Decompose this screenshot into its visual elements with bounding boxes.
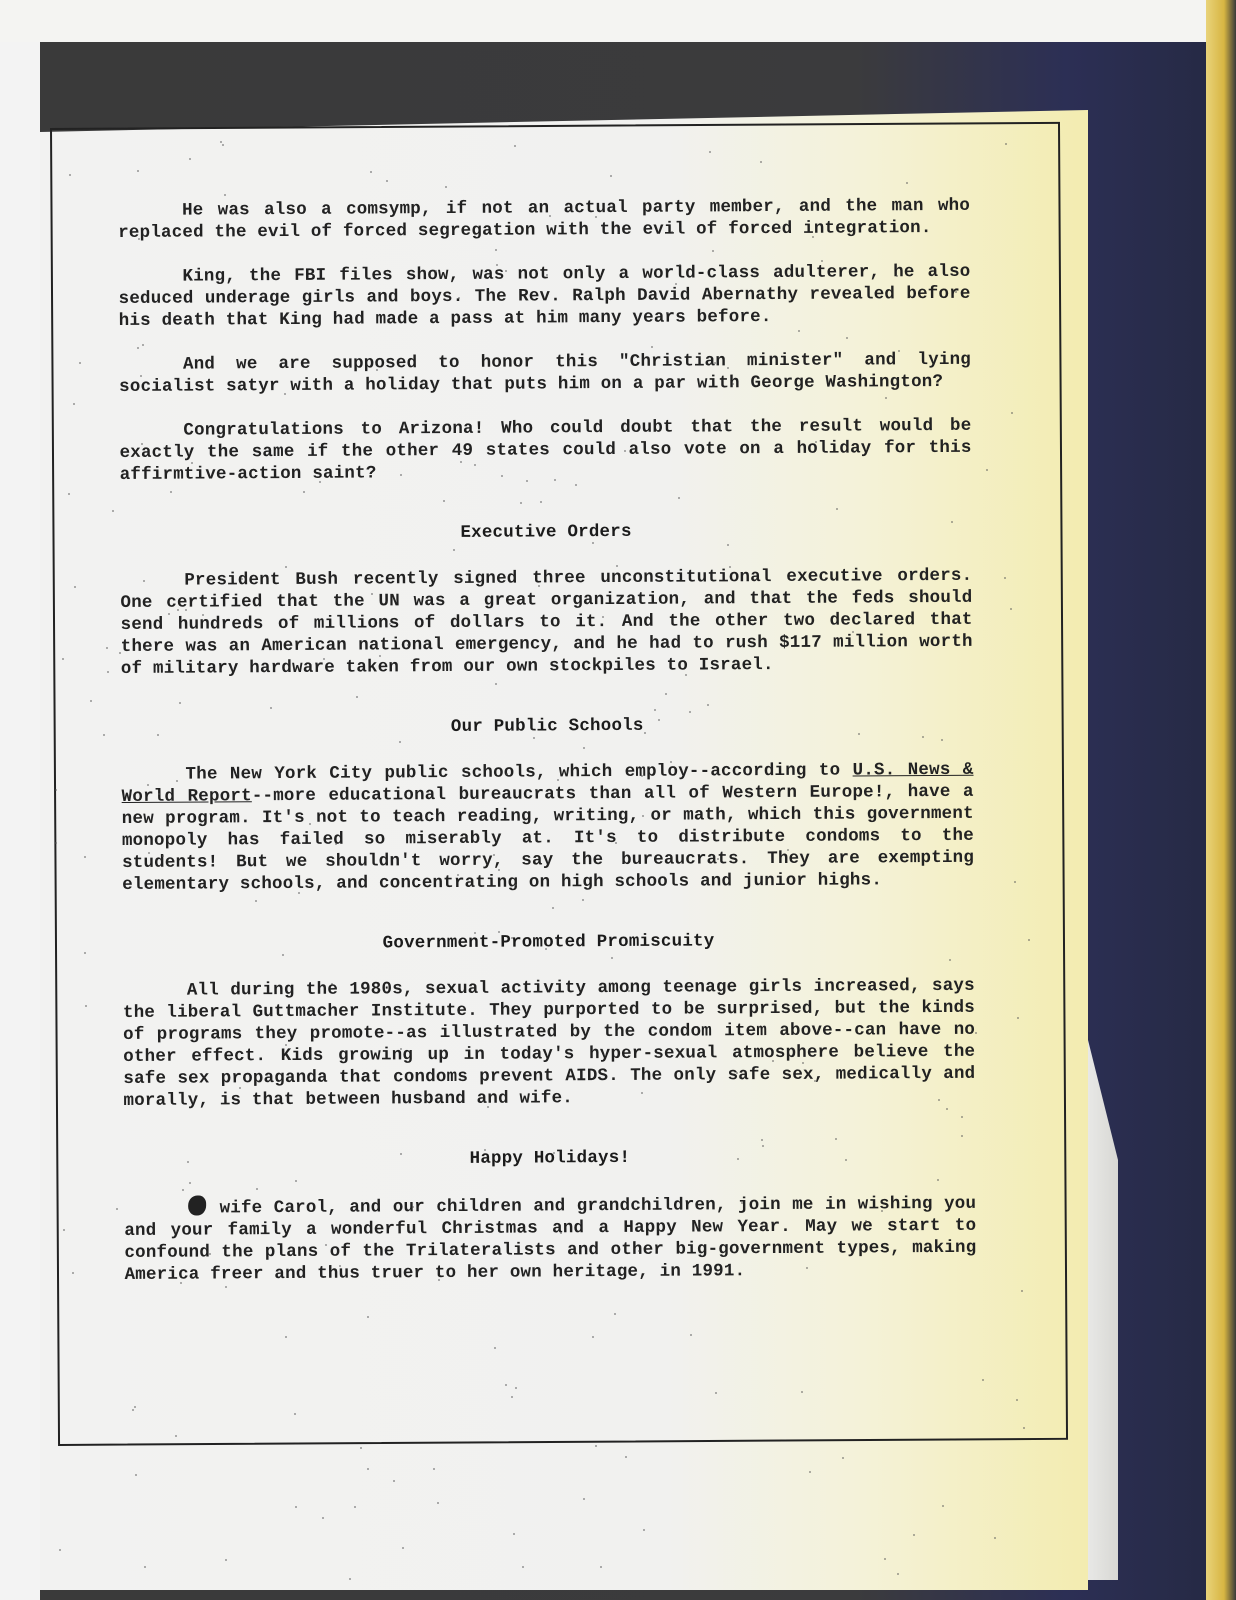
heading-happy-holidays: Happy Holidays! — [124, 1145, 976, 1172]
speckle — [671, 231, 673, 233]
speckle — [961, 1135, 963, 1137]
heading-executive-orders: Executive Orders — [120, 519, 972, 546]
speckle — [106, 647, 108, 649]
speckle — [294, 1413, 296, 1415]
speckle — [666, 312, 668, 314]
speckle — [255, 900, 257, 902]
speckle — [505, 1384, 507, 1386]
speckle — [453, 549, 455, 551]
speckle — [898, 350, 900, 352]
speckle — [942, 1505, 944, 1507]
speckle — [137, 347, 139, 349]
scanner-edge-strip — [1206, 0, 1236, 1600]
speckle — [595, 1445, 597, 1447]
speckle — [323, 658, 325, 660]
speckle — [69, 174, 71, 176]
speckle — [175, 1435, 177, 1437]
speckle — [602, 616, 604, 618]
paragraph-holidays: wife Carol, and our children and grandch… — [124, 1191, 977, 1286]
speckle — [689, 711, 691, 713]
speckle — [239, 1087, 241, 1089]
speckle — [520, 502, 522, 504]
speckle — [949, 959, 951, 961]
speckle — [762, 1145, 764, 1147]
speckle — [303, 491, 305, 493]
speckle — [946, 1108, 948, 1110]
speckle — [495, 249, 497, 251]
speckle — [140, 375, 142, 377]
speckle — [85, 1005, 87, 1007]
speckle — [319, 481, 321, 483]
ink-blot-icon — [188, 1195, 206, 1215]
speckle — [515, 884, 517, 886]
speckle — [177, 609, 179, 611]
speckle — [270, 707, 272, 709]
speckle — [202, 614, 204, 616]
speckle — [331, 648, 333, 650]
speckle — [501, 475, 503, 477]
paragraph-comsymp: He was also a comsymp, if not an actual … — [118, 195, 970, 244]
speckle — [835, 1138, 837, 1140]
speckle — [143, 580, 145, 582]
schools-text-start: The New York City public schools, which … — [185, 761, 852, 785]
speckle — [575, 484, 577, 486]
speckle — [1017, 1017, 1019, 1019]
speckle — [309, 823, 311, 825]
speckle — [84, 856, 86, 858]
speckle — [549, 215, 551, 217]
heading-public-schools: Our Public Schools — [121, 713, 973, 740]
speckle — [386, 180, 388, 182]
speckle — [736, 1072, 738, 1074]
speckle — [658, 719, 660, 721]
speckle — [298, 892, 300, 894]
speckle — [288, 1206, 290, 1208]
speckle — [335, 843, 337, 845]
paragraph-fbi-files: King, the FBI files show, was not only a… — [118, 261, 970, 332]
speckle — [142, 344, 144, 346]
paragraph-arizona: Congratulations to Arizona! Who could do… — [119, 415, 971, 486]
speckle — [760, 161, 762, 163]
speckle — [371, 593, 373, 595]
speckle — [814, 1080, 816, 1082]
speckle — [552, 907, 554, 909]
speckle — [168, 613, 170, 615]
holidays-text: wife Carol, and our children and grandch… — [124, 1194, 976, 1285]
speckle — [176, 780, 178, 782]
speckle — [600, 1566, 602, 1568]
speckle — [506, 773, 508, 775]
speckle — [116, 1208, 118, 1210]
speckle — [1023, 1427, 1025, 1429]
speckle — [714, 362, 716, 364]
speckle — [628, 990, 630, 992]
speckle — [741, 1202, 743, 1204]
speckle — [538, 585, 540, 587]
paragraph-holiday: And we are supposed to honor this "Chris… — [119, 349, 971, 398]
speckle — [72, 1272, 74, 1274]
speckle — [554, 479, 556, 481]
speckle — [638, 1250, 640, 1252]
speckle — [884, 1558, 886, 1560]
speckle — [399, 741, 401, 743]
speckle — [1016, 1399, 1018, 1401]
speckle — [393, 1480, 395, 1482]
speckle — [445, 186, 447, 188]
document-body: He was also a comsymp, if not an actual … — [118, 195, 977, 1308]
speckle — [526, 480, 528, 482]
speckle — [780, 601, 782, 603]
speckle — [906, 182, 908, 184]
speckle — [897, 1573, 899, 1575]
speckle — [941, 739, 943, 741]
speckle — [729, 566, 731, 568]
speckle — [187, 1161, 189, 1163]
speckle — [610, 175, 612, 177]
speckle — [224, 194, 226, 196]
speckle — [103, 734, 105, 736]
speckle — [179, 702, 181, 704]
speckle — [994, 1537, 996, 1539]
speckle — [400, 1048, 402, 1050]
speckle — [162, 855, 164, 857]
speckle — [1005, 143, 1007, 145]
speckle — [675, 283, 677, 285]
speckle — [400, 474, 402, 476]
speckle — [982, 1379, 984, 1381]
speckle — [761, 1139, 763, 1141]
speckle — [379, 655, 381, 657]
speckle — [1028, 939, 1030, 941]
speckle — [678, 497, 680, 499]
speckle — [285, 1336, 287, 1338]
speckle — [112, 510, 114, 512]
speckle — [157, 734, 159, 736]
speckle — [135, 1474, 137, 1476]
speckle — [132, 1409, 134, 1411]
speckle — [284, 393, 286, 395]
speckle — [540, 501, 542, 503]
speckle — [592, 542, 594, 544]
scanner-top-margin — [0, 0, 1236, 42]
speckle — [59, 1549, 61, 1551]
paragraph-public-schools: The New York City public schools, which … — [121, 759, 974, 896]
speckle — [641, 775, 643, 777]
paragraph-executive-orders: President Bush recently signed three unc… — [120, 565, 973, 680]
speckle — [846, 337, 848, 339]
speckle — [147, 784, 149, 786]
speckle — [798, 330, 800, 332]
speckle — [55, 842, 57, 844]
heading-promiscuity: Government-Promoted Promiscuity — [122, 929, 974, 956]
speckle — [443, 500, 445, 502]
speckle — [407, 644, 409, 646]
speckle — [55, 789, 57, 791]
speckle — [134, 1406, 136, 1408]
speckle — [553, 1152, 555, 1154]
speckle — [732, 383, 734, 385]
speckle — [389, 623, 391, 625]
speckle — [938, 1099, 940, 1101]
speckle — [185, 609, 187, 611]
speckle — [625, 1456, 627, 1458]
speckle — [209, 1253, 211, 1255]
speckle — [806, 1267, 808, 1269]
paragraph-promiscuity: All during the 1980s, sexual activity am… — [123, 975, 976, 1112]
speckle — [370, 171, 372, 173]
speckle — [495, 683, 497, 685]
